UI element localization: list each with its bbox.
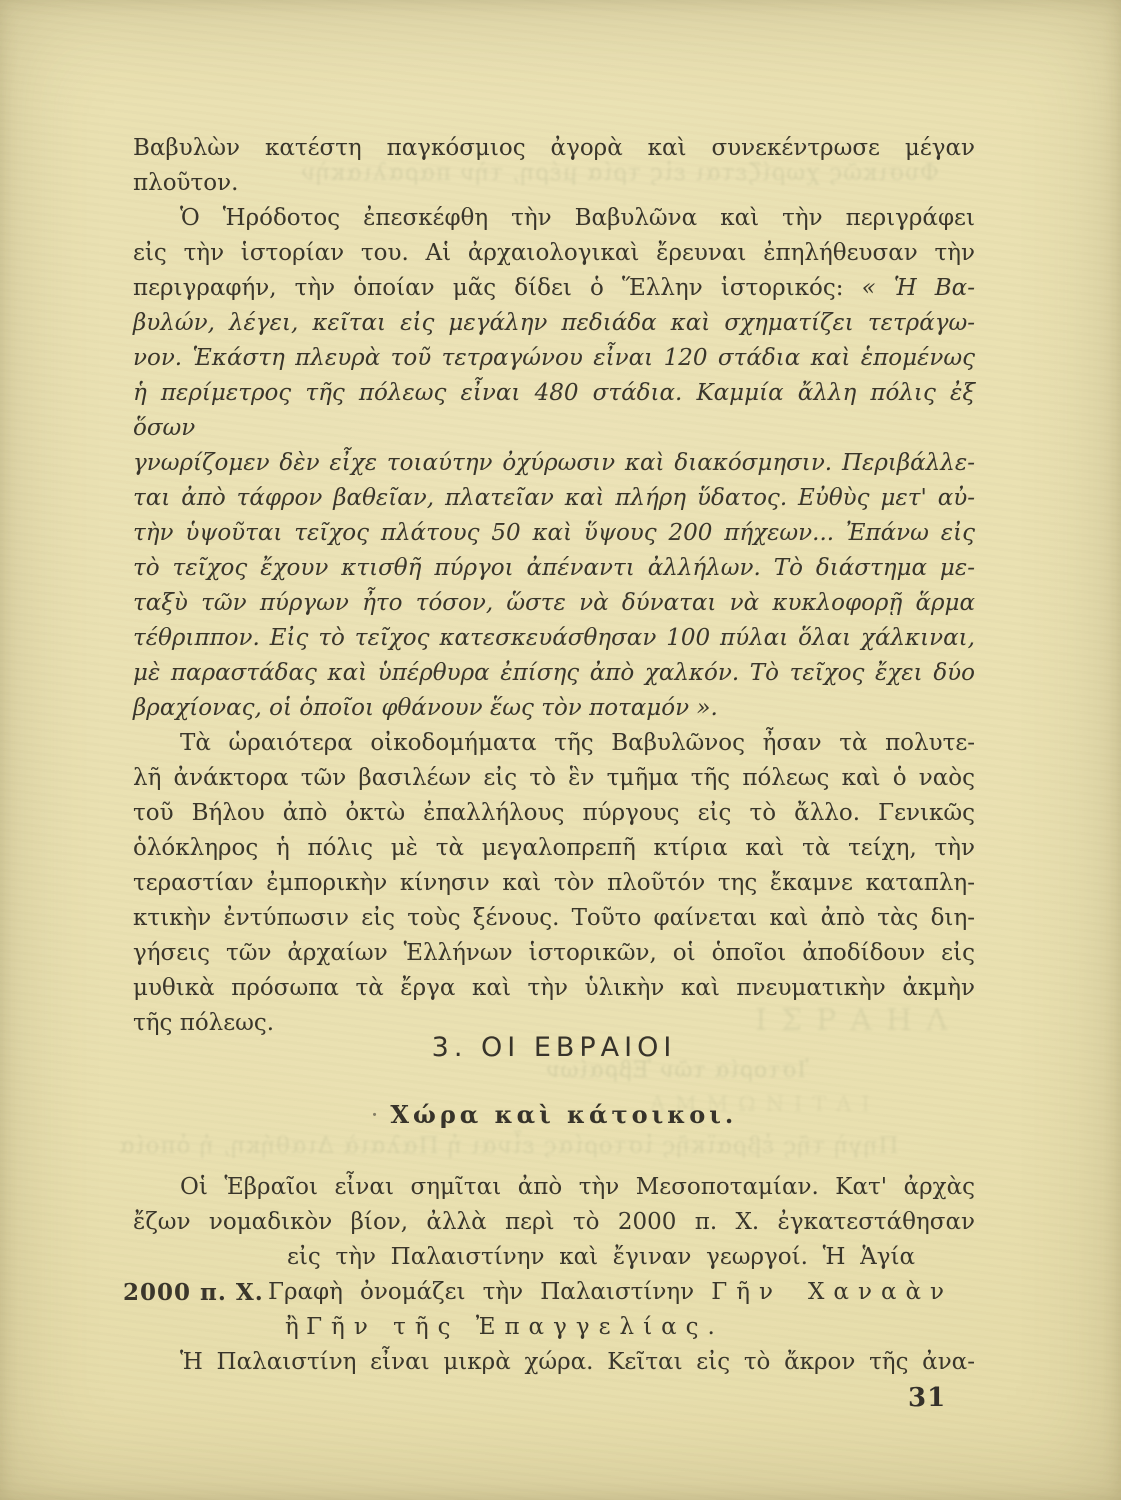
- text-line: Ὁ Ἡρόδοτος ἐπεσκέφθη τὴν Βαβυλῶνα καὶ τὴ…: [133, 201, 975, 236]
- text-line: βραχίονας, οἱ ὁποῖοι φθάνουν ἕως τὸν ποτ…: [133, 691, 975, 726]
- text-line: πλοῦτον.: [133, 166, 975, 201]
- text-line: Οἱ Ἑβραῖοι εἶναι σημῖται ἀπὸ τὴν Μεσοποτ…: [133, 1170, 975, 1205]
- text-line: 2000 π. Χ.Γραφὴ ὀνομάζει τὴν Παλαιστίνην…: [133, 1275, 975, 1310]
- text-run: γήσεις τῶν ἀρχαίων Ἑλλήνων ἱστορικῶν, οἱ…: [133, 940, 975, 966]
- text-run: τοῦ Βήλου ἀπὸ ὀκτὼ ἐπαλλήλους πύργους εἰ…: [133, 800, 975, 826]
- text-run: ὁλόκληρος ἡ πόλις μὲ τὰ μεγαλοπρεπῆ κτίρ…: [133, 835, 975, 861]
- text-run: τέθριππον. Εἰς τὸ τεῖχος κατεσκευάσθησαν…: [133, 625, 975, 651]
- text-line: νον. Ἑκάστη πλευρὰ τοῦ τετραγώνου εἶναι …: [133, 341, 975, 376]
- text-run: νον. Ἑκάστη πλευρὰ τοῦ τετραγώνου εἶναι …: [133, 345, 975, 371]
- text-run: πλοῦτον.: [133, 170, 238, 196]
- text-line: Ἡ Παλαιστίνη εἶναι μικρὰ χώρα. Κεῖται εἰ…: [133, 1345, 975, 1380]
- text-run: ταξὺ τῶν πύργων ἦτο τόσον, ὥστε νὰ δύνατ…: [133, 590, 975, 616]
- paragraph-herodotus-quote: Ὁ Ἡρόδοτος ἐπεσκέφθη τὴν Βαβυλῶνα καὶ τὴ…: [133, 201, 975, 726]
- text-line: ἔζων νομαδικὸν βίον, ἀλλὰ περὶ τὸ 2000 π…: [133, 1205, 975, 1240]
- subsection-bullet: ·: [371, 1101, 379, 1129]
- text-run: λῆ ἀνάκτορα τῶν βασιλέων εἰς τὸ ἓν τμῆμα…: [133, 765, 975, 791]
- text-run: Οἱ Ἑβραῖοι εἶναι σημῖται ἀπὸ τὴν Μεσοποτ…: [180, 1174, 975, 1200]
- text-run: τὴν ὑψοῦται τεῖχος πλάτους 50 καὶ ὕψους …: [133, 520, 975, 546]
- text-run: Βαβυλὼν κατέστη παγκόσμιος ἀγορὰ καὶ συν…: [133, 135, 975, 161]
- text-run: Ὁ Ἡρόδοτος ἐπεσκέφθη τὴν Βαβυλῶνα καὶ τὴ…: [180, 205, 975, 231]
- text-run: ται ἀπὸ τάφρον βαθεῖαν, πλατεῖαν καὶ πλή…: [133, 485, 975, 511]
- text-run: Γῆν τῆς Ἐπαγγελίας.: [306, 1314, 724, 1340]
- text-line: εἰς τὴν ἱστορίαν του. Αἱ ἀρχαιολογικαὶ ἔ…: [133, 236, 975, 271]
- body-text-lower: Οἱ Ἑβραῖοι εἶναι σημῖται ἀπὸ τὴν Μεσοποτ…: [133, 1170, 975, 1380]
- section-heading: 3. ΟΙ ΕΒΡΑΙΟΙ: [133, 1030, 975, 1065]
- text-run: Τὰ ὡραιότερα οἰκοδομήματα τῆς Βαβυλῶνος …: [180, 730, 975, 756]
- text-run: Ἡ Παλαιστίνη εἶναι μικρὰ χώρα. Κεῖται εἰ…: [180, 1349, 975, 1375]
- paragraph-babylon-wealth: Βαβυλὼν κατέστη παγκόσμιος ἀγορὰ καὶ συν…: [133, 131, 975, 201]
- text-line: ὁλόκληρος ἡ πόλις μὲ τὰ μεγαλοπρεπῆ κτίρ…: [133, 831, 975, 866]
- bleed-through-text: Πηγὴ τῆς ἑβραϊκῆς ἱστορίας εἶναι ἡ Παλαι…: [118, 1133, 898, 1159]
- paragraph-hebrews-country: Οἱ Ἑβραῖοι εἶναι σημῖται ἀπὸ τὴν Μεσοποτ…: [133, 1170, 975, 1380]
- text-run: βραχίονας, οἱ ὁποῖοι φθάνουν ἕως τὸν ποτ…: [133, 695, 718, 721]
- text-run: εἰς τὴν Παλαιστίνην καὶ ἔγιναν γεωργοί. …: [287, 1244, 915, 1270]
- text-line: γήσεις τῶν ἀρχαίων Ἑλλήνων ἱστορικῶν, οἱ…: [133, 936, 975, 971]
- subsection-heading-label: Χώρα καὶ κάτοικοι.: [390, 1100, 737, 1129]
- text-run: μὲ παραστάδας καὶ ὑπέρθυρα ἐπίσης ἀπὸ χα…: [133, 660, 975, 686]
- text-run: εἰς τὴν ἱστορίαν του. Αἱ ἀρχαιολογικαὶ ἔ…: [133, 240, 975, 266]
- text-run: ἢ: [285, 1314, 306, 1340]
- side-note: 2000 π. Χ.: [123, 1275, 264, 1310]
- book-page: Βαβυλὼν κατέστη παγκόσμιος ἀγορὰ καὶ συν…: [0, 0, 1121, 1500]
- body-text-upper: Βαβυλὼν κατέστη παγκόσμιος ἀγορὰ καὶ συν…: [133, 131, 975, 1041]
- text-line: ἢ Γῆν τῆς Ἐπαγγελίας.: [133, 1310, 975, 1345]
- text-line: περιγραφήν, τὴν ὁποίαν μᾶς δίδει ὁ Ἕλλην…: [133, 271, 975, 306]
- text-run: τὸ τεῖχος ἔχουν κτισθῆ πύργοι ἀπέναντι ἀ…: [133, 555, 975, 581]
- text-line: Τὰ ὡραιότερα οἰκοδομήματα τῆς Βαβυλῶνος …: [133, 726, 975, 761]
- subsection-heading: ·Χώρα καὶ κάτοικοι.: [133, 1097, 975, 1133]
- text-run: Γραφὴ ὀνομάζει τὴν Παλαιστίνην: [268, 1279, 711, 1305]
- paragraph-babylon-buildings: Τὰ ὡραιότερα οἰκοδομήματα τῆς Βαβυλῶνος …: [133, 726, 975, 1041]
- text-line: τοῦ Βήλου ἀπὸ ὀκτὼ ἐπαλλήλους πύργους εἰ…: [133, 796, 975, 831]
- text-line: εἰς τὴν Παλαιστίνην καὶ ἔγιναν γεωργοί. …: [133, 1240, 975, 1275]
- text-line: ταξὺ τῶν πύργων ἦτο τόσον, ὥστε νὰ δύνατ…: [133, 586, 975, 621]
- text-line: κτικὴν ἐντύπωσιν εἰς τοὺς ξένους. Τοῦτο …: [133, 901, 975, 936]
- text-line: μὲ παραστάδας καὶ ὑπέρθυρα ἐπίσης ἀπὸ χα…: [133, 656, 975, 691]
- page-number: 31: [908, 1383, 946, 1413]
- text-run: περιγραφήν, τὴν ὁποίαν μᾶς δίδει ὁ Ἕλλην…: [133, 275, 862, 301]
- text-line: ἡ περίμετρος τῆς πόλεως εἶναι 480 στάδια…: [133, 376, 975, 446]
- text-run: Γῆν Χαναὰν: [711, 1279, 953, 1305]
- text-line: τέθριππον. Εἰς τὸ τεῖχος κατεσκευάσθησαν…: [133, 621, 975, 656]
- text-line: τεραστίαν ἐμπορικὴν κίνησιν καὶ τὸν πλοῦ…: [133, 866, 975, 901]
- text-line: τὸ τεῖχος ἔχουν κτισθῆ πύργοι ἀπέναντι ἀ…: [133, 551, 975, 586]
- text-block: Βαβυλὼν κατέστη παγκόσμιος ἀγορὰ καὶ συν…: [133, 131, 975, 1041]
- text-run: κτικὴν ἐντύπωσιν εἰς τοὺς ξένους. Τοῦτο …: [133, 905, 975, 931]
- text-run: « Ἡ Βα-: [862, 275, 975, 301]
- text-run: ἡ περίμετρος τῆς πόλεως εἶναι 480 στάδια…: [133, 380, 975, 441]
- text-line: βυλών, λέγει, κεῖται εἰς μεγάλην πεδιάδα…: [133, 306, 975, 341]
- text-run: μυθικὰ πρόσωπα τὰ ἔργα καὶ τὴν ὑλικὴν κα…: [133, 975, 975, 1001]
- text-line: Βαβυλὼν κατέστη παγκόσμιος ἀγορὰ καὶ συν…: [133, 131, 975, 166]
- text-line: λῆ ἀνάκτορα τῶν βασιλέων εἰς τὸ ἓν τμῆμα…: [133, 761, 975, 796]
- text-run: γνωρίζομεν δὲν εἶχε τοιαύτην ὀχύρωσιν κα…: [133, 450, 975, 476]
- text-run: τεραστίαν ἐμπορικὴν κίνησιν καὶ τὸν πλοῦ…: [133, 870, 975, 896]
- text-run: ἔζων νομαδικὸν βίον, ἀλλὰ περὶ τὸ 2000 π…: [133, 1209, 975, 1235]
- text-line: μυθικὰ πρόσωπα τὰ ἔργα καὶ τὴν ὑλικὴν κα…: [133, 971, 975, 1006]
- text-line: τὴν ὑψοῦται τεῖχος πλάτους 50 καὶ ὕψους …: [133, 516, 975, 551]
- text-line: ται ἀπὸ τάφρον βαθεῖαν, πλατεῖαν καὶ πλή…: [133, 481, 975, 516]
- text-run: βυλών, λέγει, κεῖται εἰς μεγάλην πεδιάδα…: [133, 310, 975, 336]
- text-line: γνωρίζομεν δὲν εἶχε τοιαύτην ὀχύρωσιν κα…: [133, 446, 975, 481]
- section-heading-label: 3. ΟΙ ΕΒΡΑΙΟΙ: [432, 1032, 677, 1063]
